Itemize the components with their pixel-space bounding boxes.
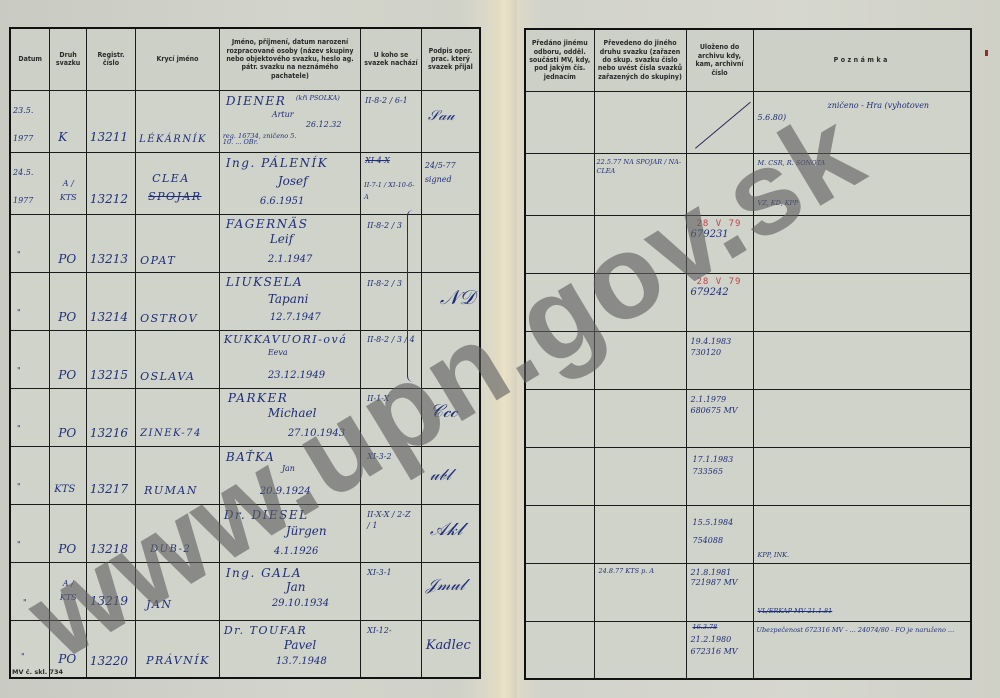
cell-handed-over [525,505,594,563]
header-date: Datum [10,28,50,90]
cell-signature: 𝓊𝒷𝓁 [421,446,480,504]
signature-scribble: 𝒮𝒶𝓊 [428,109,454,123]
register-table-right: Předáno jinému odboru, odděl. součásti M… [524,28,972,680]
cell-person: BAŤKA Jan 20.9.1924 [219,446,360,504]
cell-transferred [594,91,686,153]
cell-cover: OSLAVA [136,330,220,388]
header-handed-over: Předáno jinému odboru, odděl. součásti M… [525,29,594,91]
cell-note [753,447,971,505]
table-row: 19.4.1983 730120 [525,331,971,389]
table-header-row: Datum Druh svazku Registr. číslo Krycí j… [10,28,480,90]
cell-note: KPP, INK. [753,505,971,563]
cell-date: " [10,562,50,620]
cell-location: XI-12- [361,620,422,678]
cell-handed-over [525,389,594,447]
cell-person: KUKKAVUORI-ová Eeva 23.12.1949 [219,330,360,388]
cell-location: II-1-X [361,388,422,446]
cell-date: 23.5. 1977 [10,90,50,152]
signature-scribble: 𝒜𝓀𝓁 [430,521,463,539]
cell-handed-over [525,273,594,331]
header-signature: Podpis oper. prac. který svazek přijal [421,28,480,90]
table-row: 16.3.78 21.2.1980 672316 MV Ubezpečenost… [525,621,971,679]
cell-reg: 13212 [86,152,135,214]
cell-transferred [594,621,686,679]
cell-date: " [10,446,50,504]
table-row: 24.8.77 KTS p. A 21.8.1981 721987 MV VL/… [525,563,971,621]
cell-signature [421,214,480,272]
header-location: U koho se svazek nachází [361,28,422,90]
cell-cover: CLEA SPOJAR [136,152,220,214]
signature-scribble: 𝓊𝒷𝓁 [430,467,451,483]
table-row: " A / KTS 13219 JAN Ing. GALA Jan 29.10.… [10,562,480,620]
cell-note: Ubezpečenost 672316 MV - ... 24074/80 - … [753,621,971,679]
header-file-type: Druh svazku [50,28,87,90]
table-row: " KTS 13217 RUMAN BAŤKA Jan 20.9.1924 XI… [10,446,480,504]
cell-person: Dr. TOUFAR Pavel 13.7.1948 [219,620,360,678]
cell-cover: ZINEK-74 [136,388,220,446]
cell-reg: 13213 [86,214,135,272]
cell-signature: Kadlec [421,620,480,678]
cell-date: " [10,214,50,272]
cell-handed-over [525,153,594,215]
cell-transferred [594,505,686,563]
cell-type: PO [50,388,87,446]
cell-cover: LÉKÁRNÍK [136,90,220,152]
cell-person: DIENER (kři PSOLKA) Artur 26.12.32 reg. … [219,90,360,152]
cell-location: II-8-2 / 6-1 [361,90,422,152]
header-transferred: Převedeno do jiného druhu svazku (zařaze… [594,29,686,91]
cell-archived: 28 V 79 679242 [686,273,753,331]
cell-reg: 13214 [86,272,135,330]
cell-signature: 𝒩𝒟 [421,272,480,330]
cell-reg: 13218 [86,504,135,562]
cell-reg: 13211 [86,90,135,152]
cell-date: " [10,272,50,330]
right-page: Předáno jinému odboru, odděl. součásti M… [505,0,1000,698]
cell-person: LIUKSELA Tapani 12.7.1947 [219,272,360,330]
cell-transferred [594,389,686,447]
cell-note [753,273,971,331]
cell-type: K [50,90,87,152]
signature-scribble: 𝒩𝒟 [440,287,475,307]
cell-note: M. CSR, R. SONOTA VZ, KD, KPP [753,153,971,215]
cell-reg: 13217 [86,446,135,504]
cell-reg: 13219 [86,562,135,620]
cell-archived: 2.1.1979 680675 MV [686,389,753,447]
form-code: MV č. skl. 734 [12,668,63,676]
cell-person: PARKER Michael 27.10.1943 [219,388,360,446]
cell-location: XI-4-X II-7-1 / XI-10-6-A [361,152,422,214]
cell-date: " [10,330,50,388]
cell-transferred: 24.8.77 KTS p. A [594,563,686,621]
cell-note [753,389,971,447]
table-row: " PO 13216 ZINEK-74 PARKER Michael 27.10… [10,388,480,446]
header-archived: Uloženo do archivu kdy, kam, archivní čí… [686,29,753,91]
cell-type: A / KTS [50,152,87,214]
table-row: 23.5. 1977 K 13211 LÉKÁRNÍK DIENER (kři … [10,90,480,152]
cell-transferred [594,273,686,331]
cell-cover: JAN [136,562,220,620]
cell-archived: 15.5.1984 754088 [686,505,753,563]
cell-person: Ing. PÁLENÍK Josef 6.6.1951 [219,152,360,214]
cell-signature: 24/5-77 signed [421,152,480,214]
cell-handed-over [525,563,594,621]
table-row: 2.1.1979 680675 MV [525,389,971,447]
grouping-brace [407,210,419,382]
cell-person: Dr. DIESEL Jürgen 4.1.1926 [219,504,360,562]
cell-archived: 17.1.1983 733565 [686,447,753,505]
cell-note: VL/ERKAP MV 21.1.81 [753,563,971,621]
cell-reg: 13215 [86,330,135,388]
cell-handed-over [525,447,594,505]
header-person: Jméno, příjmení, datum narození rozpraco… [219,28,360,90]
cell-type: PO [50,330,87,388]
table-row: 24.5. 1977 A / KTS 13212 CLEA SPOJAR Ing… [10,152,480,214]
cell-type: A / KTS [50,562,87,620]
table-row: 28 V 79 679242 [525,273,971,331]
cell-signature: 𝒥𝓂𝓊𝓁 [421,562,480,620]
cell-transferred: 22.5.77 NA SPOJAR / NA-CLEA [594,153,686,215]
cell-date: 24.5. 1977 [10,152,50,214]
cell-type: PO [50,272,87,330]
cell-archived: 19.4.1983 730120 [686,331,753,389]
cell-type: PO [50,214,87,272]
table-row: 17.1.1983 733565 [525,447,971,505]
cell-transferred [594,447,686,505]
cell-signature [421,330,480,388]
cell-archived: 16.3.78 21.2.1980 672316 MV [686,621,753,679]
table-header-row: Předáno jinému odboru, odděl. součásti M… [525,29,971,91]
table-row: zničeno - Hra (vyhotoven 5.6.80) [525,91,971,153]
table-row: 28 V 79 679231 [525,215,971,273]
cell-location: II-X-X / 2-Z / 1 [361,504,422,562]
cell-cover: DUB-2 [136,504,220,562]
cell-location: XI-3-2 [361,446,422,504]
cell-handed-over [525,621,594,679]
cell-transferred [594,215,686,273]
cell-reg: 13216 [86,388,135,446]
cell-cover: RUMAN [136,446,220,504]
header-reg-number: Registr. číslo [86,28,135,90]
cell-handed-over [525,215,594,273]
table-row: 15.5.1984 754088 KPP, INK. [525,505,971,563]
signature-scribble: 𝒞𝒸𝒸 [430,403,458,421]
cell-date: " [10,504,50,562]
table-row: " PO 13218 DUB-2 Dr. DIESEL Jürgen 4.1.1… [10,504,480,562]
header-cover-name: Krycí jméno [136,28,220,90]
cell-archived [686,91,753,153]
cell-note: zničeno - Hra (vyhotoven 5.6.80) [753,91,971,153]
signature-scribble: 𝒥𝓂𝓊𝓁 [426,577,465,593]
left-page: Datum Druh svazku Registr. číslo Krycí j… [0,0,495,698]
cell-archived: 21.8.1981 721987 MV [686,563,753,621]
cell-person: FAGERNÄS Leif 2.1.1947 [219,214,360,272]
cell-handed-over [525,331,594,389]
cell-type: PO [50,504,87,562]
cell-person: Ing. GALA Jan 29.10.1934 [219,562,360,620]
cell-signature: 𝒜𝓀𝓁 [421,504,480,562]
cell-cover: PRÁVNÍK [136,620,220,678]
cell-reg: 13220 [86,620,135,678]
cell-type: KTS [50,446,87,504]
cell-signature: 𝒞𝒸𝒸 [421,388,480,446]
cell-cover: OSTROV [136,272,220,330]
header-note: Poznámka [753,29,971,91]
red-edge-mark [985,50,988,56]
cell-date: " [10,388,50,446]
cell-cover: OPAT [136,214,220,272]
table-row: " PO 13220 PRÁVNÍK Dr. TOUFAR Pavel 13.7… [10,620,480,678]
cell-handed-over [525,91,594,153]
cell-archived: 28 V 79 679231 [686,215,753,273]
cell-archived [686,153,753,215]
cell-signature: 𝒮𝒶𝓊 [421,90,480,152]
cell-note [753,215,971,273]
cell-location: XI-3-1 [361,562,422,620]
cell-transferred [594,331,686,389]
cell-note [753,331,971,389]
table-row: 22.5.77 NA SPOJAR / NA-CLEA M. CSR, R. S… [525,153,971,215]
